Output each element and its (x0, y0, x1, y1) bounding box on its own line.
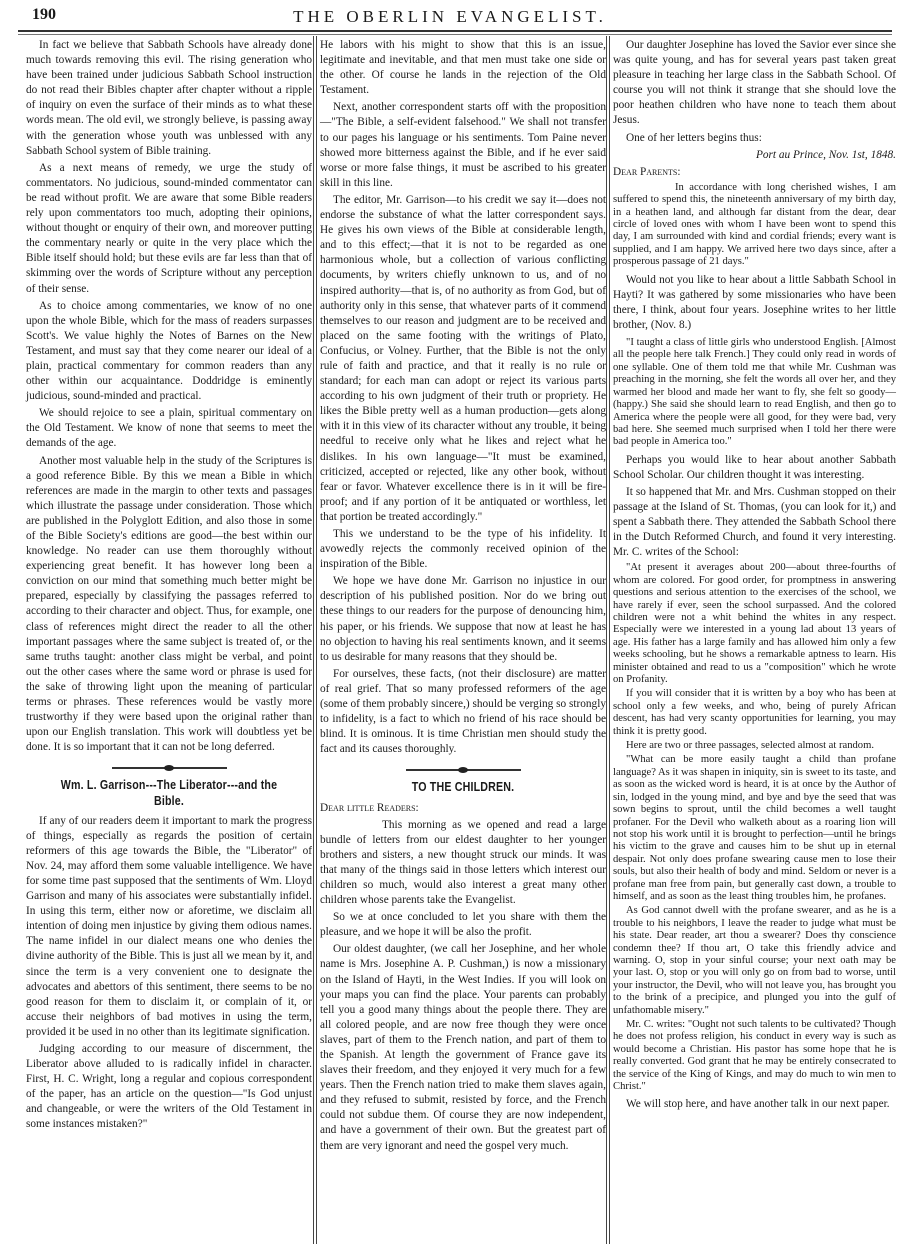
masthead: 190 THE OBERLIN EVANGELIST. (0, 0, 900, 34)
paragraph: So we at once concluded to let you share… (320, 910, 606, 940)
masthead-rule (18, 30, 892, 35)
column-3: Our daughter Josephine has loved the Sav… (613, 38, 896, 1115)
quote: If you will consider that it is written … (613, 688, 896, 738)
letter-salutation: Dear Parents: (613, 165, 896, 180)
article-headline-garrison: Wm. L. Garrison---The Liberator---and th… (52, 777, 287, 807)
quote: Here are two or three passages, selected… (613, 740, 896, 752)
paragraph: Perhaps you would like to hear about ano… (613, 453, 896, 483)
paragraph: This we understand to be the type of his… (320, 527, 606, 572)
quote: "What can be more easily taught a child … (613, 754, 896, 903)
column-rule-2 (606, 36, 610, 1244)
section-divider (112, 767, 227, 769)
paragraph: We will stop here, and have another talk… (613, 1097, 896, 1112)
paragraph: If any of our readers deem it important … (26, 814, 312, 1040)
paragraph: Judging according to our measure of disc… (26, 1042, 312, 1133)
paragraph: For ourselves, these facts, (not their d… (320, 667, 606, 758)
salutation: Dear little Readers: (320, 801, 606, 816)
paragraph: The editor, Mr. Garrison—to his credit w… (320, 193, 606, 525)
paragraph: Our oldest daughter, (we call her Joseph… (320, 942, 606, 1153)
paragraph: In fact we believe that Sabbath Schools … (26, 38, 312, 159)
newspaper-title: THE OBERLIN EVANGELIST. (0, 7, 900, 27)
letter-body: In accordance with long cherished wishes… (613, 182, 896, 269)
quote: "At present it averages about 200—about … (613, 562, 896, 686)
paragraph: It so happened that Mr. and Mrs. Cushman… (613, 485, 896, 560)
paragraph: We hope we have done Mr. Garrison no inj… (320, 574, 606, 665)
quote: As God cannot dwell with the profane swe… (613, 905, 896, 1017)
column-1: In fact we believe that Sabbath Schools … (26, 38, 312, 1135)
article-headline-children: TO THE CHILDREN. (346, 779, 581, 794)
quote: "I taught a class of little girls who un… (613, 337, 896, 449)
paragraph: This morning as we opened and read a lar… (320, 818, 606, 909)
paragraph: He labors with his might to show that th… (320, 38, 606, 98)
paragraph: Our daughter Josephine has loved the Sav… (613, 38, 896, 129)
paragraph: Another most valuable help in the study … (26, 454, 312, 756)
section-divider (406, 769, 521, 771)
paragraph: Would not you like to hear about a littl… (613, 273, 896, 333)
paragraph: We should rejoice to see a plain, spirit… (26, 406, 312, 451)
quote: Mr. C. writes: "Ought not such talents t… (613, 1019, 896, 1093)
letter-dateline: Port au Prince, Nov. 1st, 1848. (613, 148, 896, 163)
column-2: He labors with his might to show that th… (320, 38, 606, 1156)
paragraph: Next, another correspondent starts off w… (320, 100, 606, 191)
paragraph: One of her letters begins thus: (613, 131, 896, 146)
paragraph: As to choice among commentaries, we know… (26, 299, 312, 405)
column-rule-1 (313, 36, 317, 1244)
paragraph: As a next means of remedy, we urge the s… (26, 161, 312, 297)
